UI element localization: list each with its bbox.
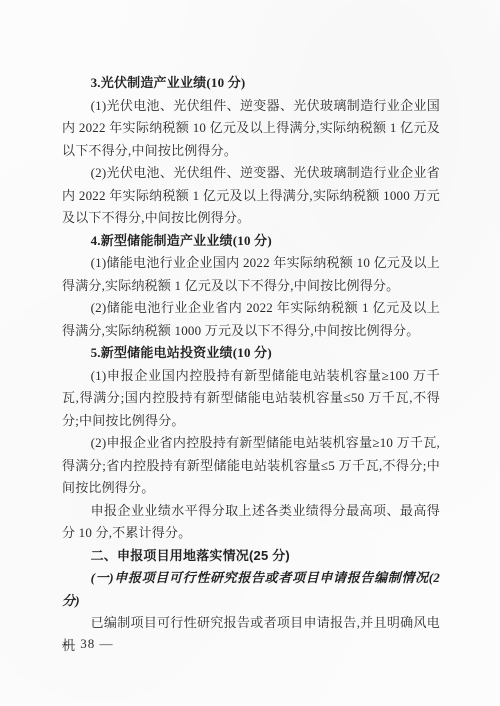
- para-max-score-rule: 申报企业业绩水平得分取上述各类业绩得分最高项、最高得分 10 分,不累计得分。: [62, 500, 440, 545]
- para-storage-domestic-tax: (1)储能电池行业企业国内 2022 年实际纳税额 10 亿元及以上得满分,实际…: [62, 252, 440, 297]
- heading-pv-manufacturing-performance: 3.光伏制造产业业绩(10 分): [62, 72, 440, 95]
- page-number: — 38 —: [62, 636, 114, 652]
- document-page: 3.光伏制造产业业绩(10 分) (1)光伏电池、光伏组件、逆变器、光伏玻璃制造…: [0, 0, 500, 706]
- para-storage-provincial-tax: (2)储能电池行业企业省内 2022 年实际纳税额 1 亿元及以上得满分,实际纳…: [62, 297, 440, 342]
- heading-storage-station-investment: 5.新型储能电站投资业绩(10 分): [62, 342, 440, 365]
- heading-storage-manufacturing-performance: 4.新型储能制造产业业绩(10 分): [62, 230, 440, 253]
- para-station-domestic-capacity: (1)申报企业国内控股持有新型储能电站装机容量≥100 万千瓦,得满分;国内控股…: [62, 365, 440, 433]
- para-station-provincial-capacity: (2)申报企业省内控股持有新型储能电站装机容量≥10 万千瓦,得满分;省内控股持…: [62, 432, 440, 500]
- heading-section-2-land-implementation: 二、申报项目用地落实情况(25 分): [62, 545, 440, 568]
- heading-subsection-1-feasibility-report: (一)申报项目可行性研究报告或者项目申请报告编制情况(2 分): [62, 567, 440, 612]
- document-body: 3.光伏制造产业业绩(10 分) (1)光伏电池、光伏组件、逆变器、光伏玻璃制造…: [62, 72, 440, 657]
- para-pv-provincial-tax: (2)光伏电池、光伏组件、逆变器、光伏玻璃制造行业企业省内 2022 年实际纳税…: [62, 162, 440, 230]
- para-feasibility-report-prepared: 已编制项目可行性研究报告或者项目申请报告,并且明确风电机: [62, 612, 440, 657]
- para-pv-domestic-tax: (1)光伏电池、光伏组件、逆变器、光伏玻璃制造行业企业国内 2022 年实际纳税…: [62, 95, 440, 163]
